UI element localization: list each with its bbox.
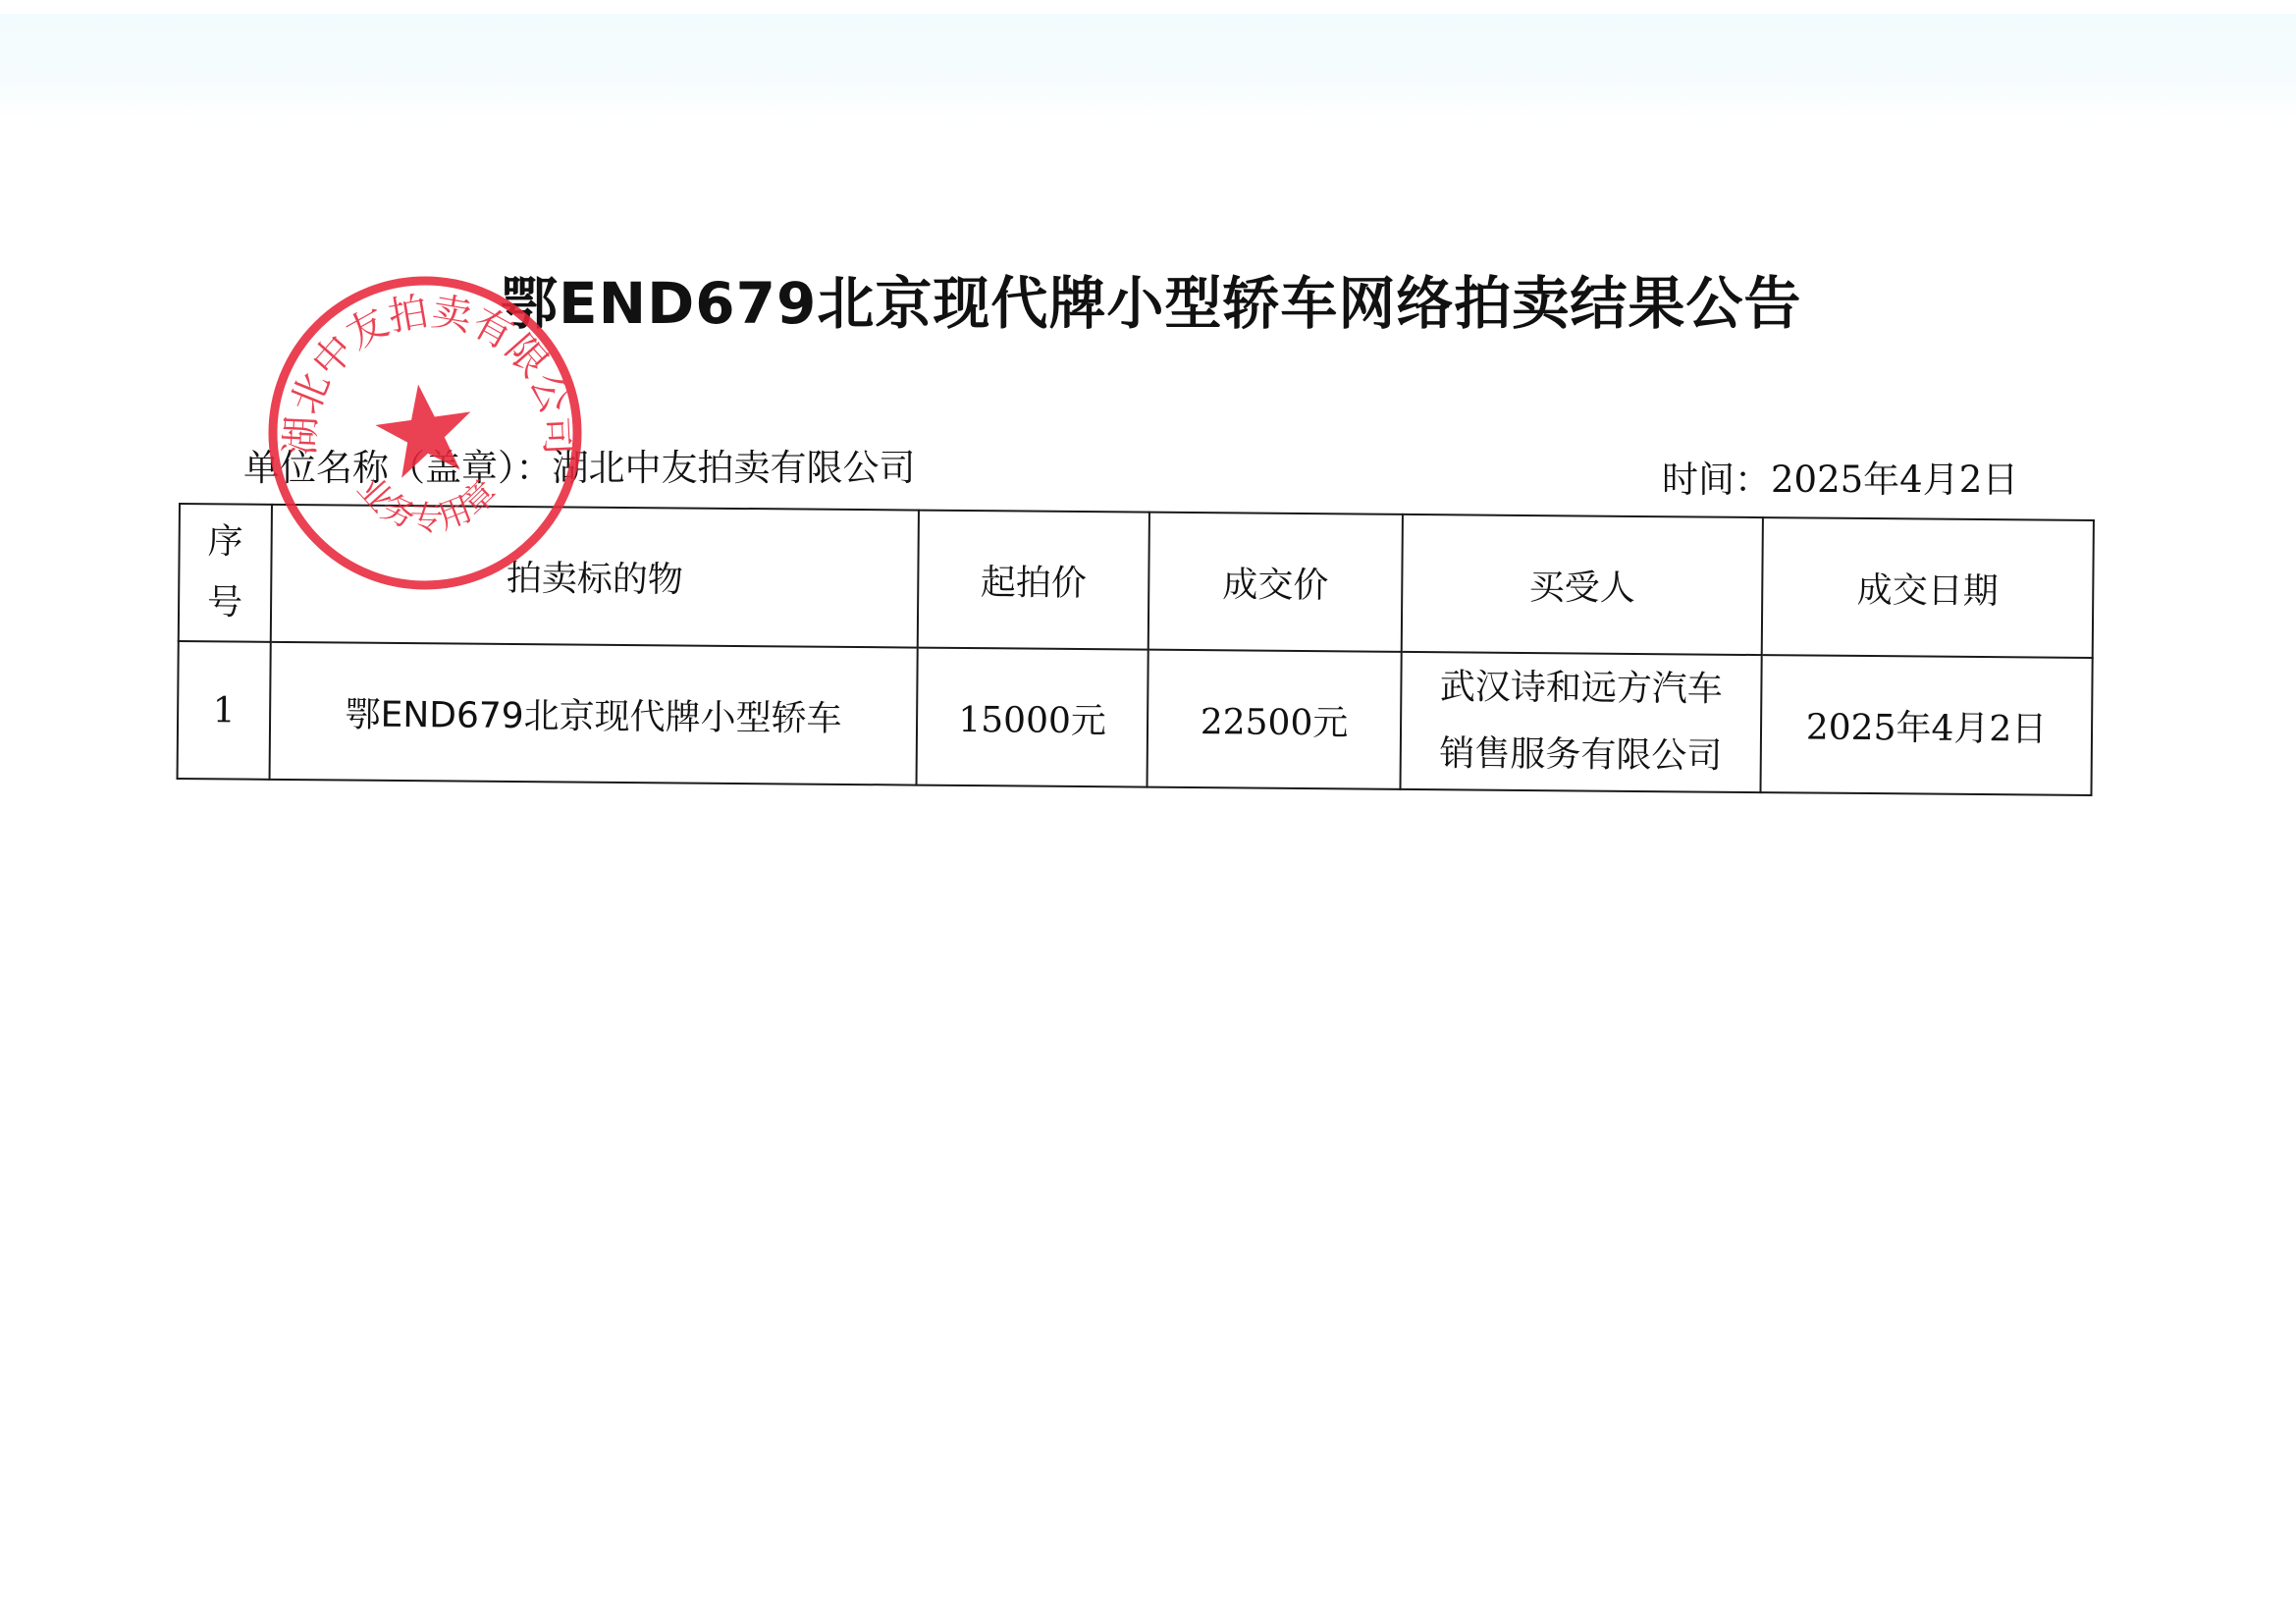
table-row: 1 鄂END679北京现代牌小型轿车 15000元 22500元 武汉诗和远方汽…: [178, 641, 2093, 795]
cell-start-price: 15000元: [917, 648, 1148, 787]
auction-result-table-wrapper: 序号 拍卖标的物 起拍价 成交价 买受人 成交日期 1 鄂END679北京现代牌…: [177, 503, 2093, 796]
header-item: 拍卖标的物: [271, 505, 919, 648]
cell-item: 鄂END679北京现代牌小型轿车: [270, 642, 918, 785]
unit-label: 单位名称（盖章）：: [243, 447, 553, 489]
scan-background-tint: [0, 14, 2296, 122]
cell-no: 1: [178, 641, 271, 780]
cell-buyer: 武汉诗和远方汽车 销售服务有限公司: [1401, 652, 1762, 792]
date-label: 时间：: [1662, 459, 1771, 501]
cell-deal-date: 2025年4月2日: [1760, 655, 2092, 795]
unit-line: 单位名称（盖章）：湖北中友拍卖有限公司: [243, 438, 916, 491]
header-no: 序号: [179, 504, 272, 642]
buyer-line-1: 武汉诗和远方汽车: [1402, 654, 1761, 724]
auction-result-table: 序号 拍卖标的物 起拍价 成交价 买受人 成交日期 1 鄂END679北京现代牌…: [177, 503, 2095, 796]
announcement-date: 时间：2025年4月2日: [1662, 450, 2018, 503]
header-start-price: 起拍价: [918, 511, 1149, 650]
header-deal-date: 成交日期: [1762, 517, 2094, 658]
header-buyer: 买受人: [1402, 514, 1763, 655]
date-value: 2025年4月2日: [1771, 459, 2018, 501]
buyer-line-2: 销售服务有限公司: [1402, 721, 1761, 790]
page-title: 鄂END679北京现代牌小型轿车网络拍卖结果公告: [501, 257, 1875, 340]
header-deal-price: 成交价: [1148, 513, 1403, 652]
cell-deal-price: 22500元: [1148, 650, 1402, 789]
table-header-row: 序号 拍卖标的物 起拍价 成交价 买受人 成交日期: [179, 504, 2094, 658]
unit-name: 湖北中友拍卖有限公司: [553, 447, 916, 489]
